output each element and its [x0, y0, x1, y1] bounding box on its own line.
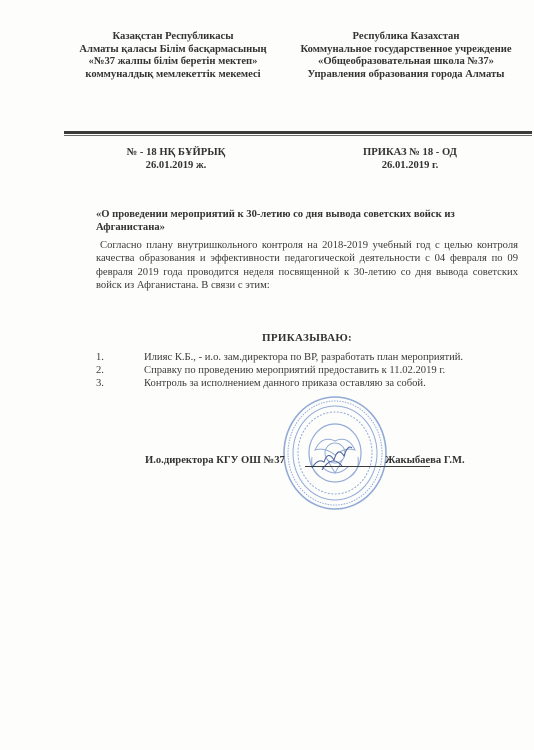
- order-item-number: 1.: [96, 352, 104, 365]
- order-number-kazakh: № - 18 НҚ БҰЙРЫҚ 26.01.2019 ж.: [106, 147, 246, 172]
- header-russian-line: Коммунальное государственное учреждение: [290, 44, 522, 57]
- signature-icon: [308, 440, 358, 475]
- order-item: 2. Справку по проведению мероприятий пре…: [96, 365, 526, 378]
- header-kazakh: Казақстан Республикасы Алматы қаласы Біл…: [66, 31, 280, 81]
- order-item: 3. Контроль за исполнением данного прика…: [96, 378, 526, 391]
- header-russian-line: Республика Казахстан: [290, 31, 522, 44]
- order-item-text: Контроль за исполнением данного приказа …: [144, 378, 426, 389]
- order-number: № - 18 НҚ БҰЙРЫҚ: [106, 147, 246, 160]
- order-item-number: 3.: [96, 378, 104, 391]
- header-russian-line: Управления образования города Алматы: [290, 69, 522, 82]
- header-divider: [64, 131, 532, 134]
- header-russian: Республика Казахстан Коммунальное госуда…: [290, 31, 522, 81]
- header-kazakh-line: Казақстан Республикасы: [66, 31, 280, 44]
- document-page: Казақстан Республикасы Алматы қаласы Біл…: [0, 0, 534, 750]
- signatory-role: И.о.директора КГУ ОШ №37: [145, 455, 285, 466]
- order-item-text: Справку по проведению мероприятий предос…: [144, 365, 445, 376]
- order-date: 26.01.2019 ж.: [106, 160, 246, 173]
- order-items-list: 1. Илияс К.Б., - и.о. зам.директора по В…: [96, 352, 526, 390]
- order-item-text: Илияс К.Б., - и.о. зам.директора по ВР, …: [144, 352, 463, 363]
- header-kazakh-line: коммуналдық мемлекеттік мекемесі: [66, 69, 280, 82]
- order-heading: ПРИКАЗЫВАЮ:: [40, 332, 534, 344]
- header-kazakh-line: Алматы қаласы Білім басқармасының: [66, 44, 280, 57]
- order-item: 1. Илияс К.Б., - и.о. зам.директора по В…: [96, 352, 526, 365]
- order-number-russian: ПРИКАЗ № 18 - ОД 26.01.2019 г.: [340, 147, 480, 172]
- order-subject: «О проведении мероприятий к 30-летию со …: [96, 209, 526, 234]
- header-russian-line: «Общеобразовательная школа №37»: [290, 56, 522, 69]
- order-body: Согласно плану внутришкольного контроля …: [96, 239, 518, 293]
- header-kazakh-line: «№37 жалпы білім беретін мектеп»: [66, 56, 280, 69]
- signatory-name: Жакыбаева Г.М.: [385, 455, 465, 466]
- order-item-number: 2.: [96, 365, 104, 378]
- order-number: ПРИКАЗ № 18 - ОД: [340, 147, 480, 160]
- order-date: 26.01.2019 г.: [340, 160, 480, 173]
- signature-line: [305, 466, 430, 467]
- header-divider-thin: [64, 135, 532, 136]
